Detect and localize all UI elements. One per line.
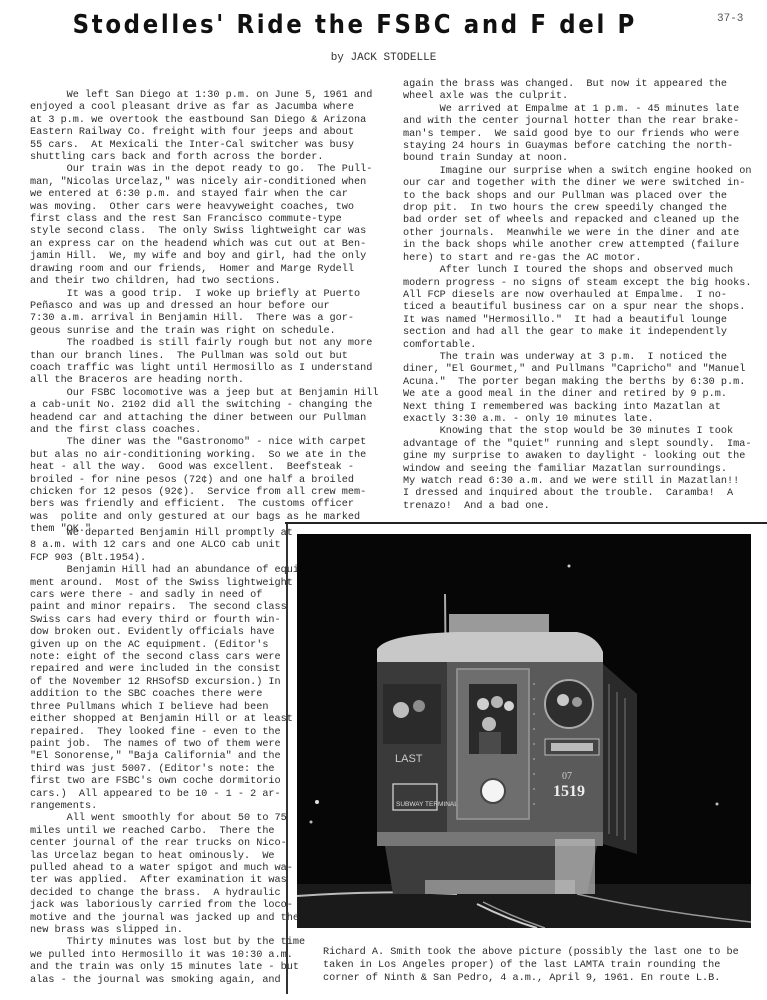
streetcar-image-icon: LAST SUBWAY TERMINAL 07 1519 — [297, 534, 751, 928]
article-right-column-top: again the brass was changed. But now it … — [403, 79, 751, 513]
article-left-column-top: We left San Diego at 1:30 p.m. on June 5… — [30, 90, 378, 537]
article-left-column-bottom: We departed Benjamin Hill promptly at 8 … — [30, 528, 311, 987]
article-title: Stodelles' Ride the FSBC and F del P — [47, 10, 663, 40]
page-number: 37-3 — [717, 13, 743, 25]
byline: by JACK STODELLE — [0, 52, 767, 64]
photo-caption: Richard A. Smith took the above picture … — [323, 946, 739, 985]
svg-text:LAST: LAST — [395, 753, 423, 765]
svg-text:SUBWAY TERMINAL: SUBWAY TERMINAL — [396, 801, 458, 808]
svg-text:1519: 1519 — [553, 783, 585, 800]
streetcar-photo: LAST SUBWAY TERMINAL 07 1519 — [297, 534, 751, 928]
svg-text:07: 07 — [562, 771, 572, 782]
photo-top-rule — [285, 522, 767, 524]
photo-left-rule — [286, 524, 288, 994]
